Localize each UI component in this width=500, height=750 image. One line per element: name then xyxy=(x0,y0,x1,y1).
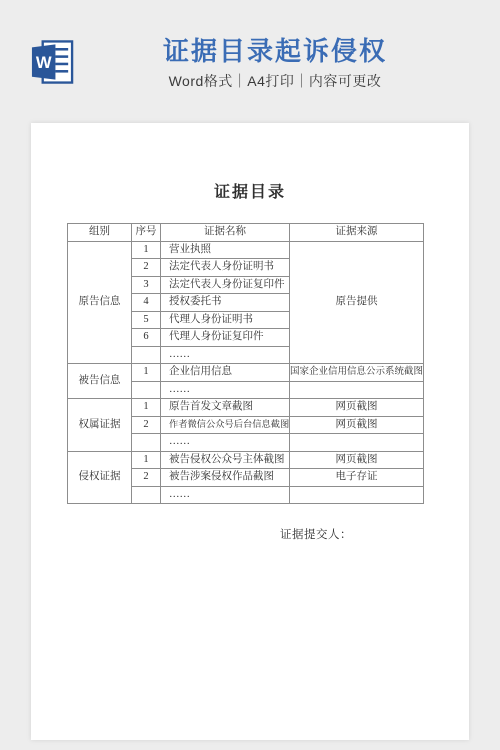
row-no: 1 xyxy=(132,451,161,469)
evidence-source: 国家企业信用信息公示系统截图 xyxy=(290,364,424,382)
evidence-name: 法定代表人身份证明书 xyxy=(161,259,290,277)
evidence-name: …… xyxy=(161,381,290,399)
evidence-name: …… xyxy=(161,486,290,504)
row-no xyxy=(132,434,161,452)
evidence-source xyxy=(290,486,424,504)
template-preview-page: { "colors": { "accent_blue": "#3a6cb5", … xyxy=(0,0,500,750)
evidence-name: …… xyxy=(161,434,290,452)
evidence-name: 授权委托书 xyxy=(161,294,290,312)
row-no: 4 xyxy=(132,294,161,312)
evidence-name: 作者微信公众号后台信息截图 xyxy=(161,416,290,434)
col-header-source: 证据来源 xyxy=(290,224,424,242)
evidence-source: 网页截图 xyxy=(290,451,424,469)
evidence-name: 被告涉案侵权作品截图 xyxy=(161,469,290,487)
table-row: 侵权证据 1 被告侵权公众号主体截图 网页截图 xyxy=(68,451,424,469)
col-header-no: 序号 xyxy=(132,224,161,242)
table-row: 原告信息 1 营业执照 原告提供 xyxy=(68,241,424,259)
evidence-name: 营业执照 xyxy=(161,241,290,259)
evidence-source-merged: 原告提供 xyxy=(290,241,424,364)
evidence-name: 企业信用信息 xyxy=(161,364,290,382)
table-header-row: 组别 序号 证据名称 证据来源 xyxy=(68,224,424,242)
table-row: 权属证据 1 原告首发文章截图 网页截图 xyxy=(68,399,424,417)
evidence-source: 网页截图 xyxy=(290,399,424,417)
group-label-cell: 被告信息 xyxy=(68,364,132,399)
evidence-name: 原告首发文章截图 xyxy=(161,399,290,417)
table-row: 被告信息 1 企业信用信息 国家企业信用信息公示系统截图 xyxy=(68,364,424,382)
banner: W 证据目录起诉侵权 Word格式｜A4打印｜内容可更改 xyxy=(0,0,500,123)
evidence-source: 网页截图 xyxy=(290,416,424,434)
evidence-source xyxy=(290,434,424,452)
evidence-source: 电子存证 xyxy=(290,469,424,487)
evidence-table: 组别 序号 证据名称 证据来源 原告信息 1 营业执照 原告提供 2 法定代表人… xyxy=(67,223,424,504)
group-label-cell: 原告信息 xyxy=(68,241,132,364)
group-label-cell: 权属证据 xyxy=(68,399,132,452)
template-subtitle: Word格式｜A4打印｜内容可更改 xyxy=(50,71,500,91)
row-no: 1 xyxy=(132,364,161,382)
row-no: 2 xyxy=(132,416,161,434)
row-no xyxy=(132,381,161,399)
row-no: 2 xyxy=(132,469,161,487)
row-no: 1 xyxy=(132,241,161,259)
row-no: 1 xyxy=(132,399,161,417)
evidence-name: 代理人身份证复印件 xyxy=(161,329,290,347)
evidence-source xyxy=(290,381,424,399)
row-no: 6 xyxy=(132,329,161,347)
evidence-name: …… xyxy=(161,346,290,364)
evidence-name: 被告侵权公众号主体截图 xyxy=(161,451,290,469)
doc-title: 证据目录 xyxy=(31,179,469,202)
group-label-cell: 侵权证据 xyxy=(68,451,132,504)
col-header-group: 组别 xyxy=(68,224,132,242)
row-no: 5 xyxy=(132,311,161,329)
row-no xyxy=(132,486,161,504)
template-title: 证据目录起诉侵权 xyxy=(50,36,500,66)
row-no: 3 xyxy=(132,276,161,294)
evidence-name: 法定代表人身份证复印件 xyxy=(161,276,290,294)
banner-text: 证据目录起诉侵权 Word格式｜A4打印｜内容可更改 xyxy=(50,36,500,91)
row-no: 2 xyxy=(132,259,161,277)
row-no xyxy=(132,346,161,364)
document-page: 证据目录 组别 序号 证据名称 证据来源 原告信息 1 营业执照 原告提供 2 … xyxy=(31,123,469,740)
col-header-name: 证据名称 xyxy=(161,224,290,242)
submitter-label: 证据提交人： xyxy=(280,526,352,542)
evidence-name: 代理人身份证明书 xyxy=(161,311,290,329)
